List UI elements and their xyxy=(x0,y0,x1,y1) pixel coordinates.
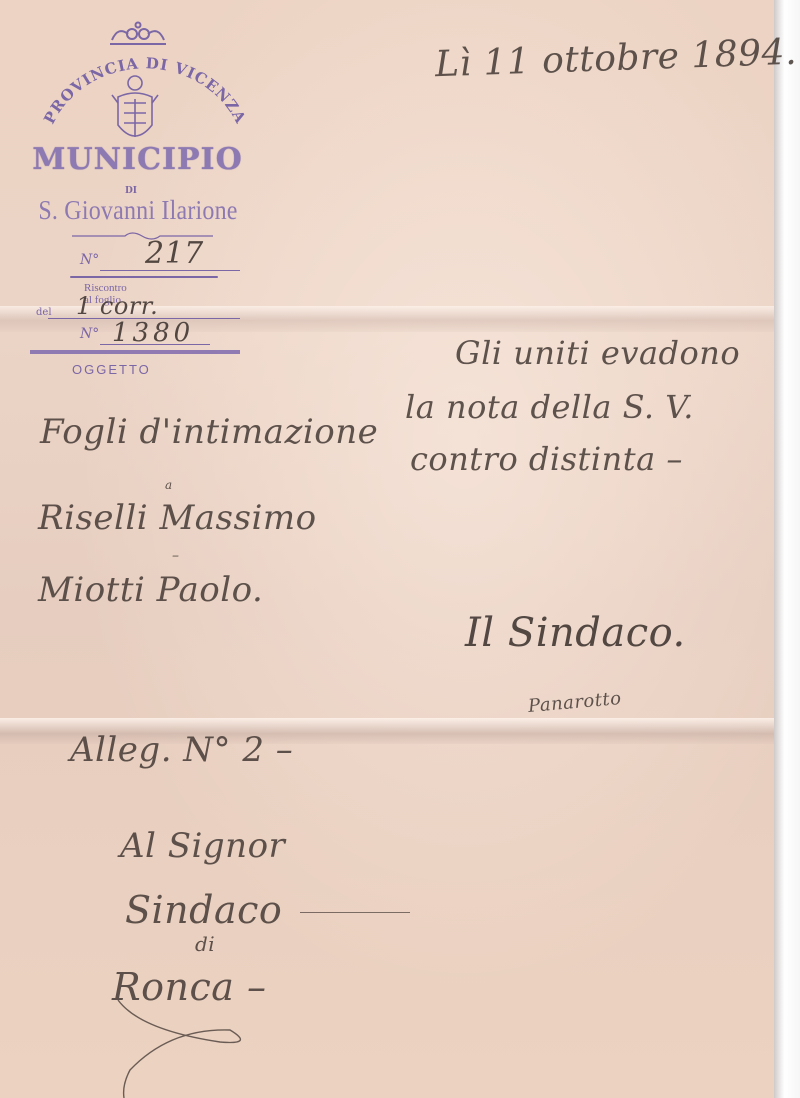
letterhead-title: MUNICIPIO xyxy=(30,142,245,177)
addressee-flourish-line xyxy=(300,912,410,913)
ref-number-value: 1380 xyxy=(112,318,194,348)
subject-line-5: Miotti Paolo. xyxy=(38,570,263,610)
stamp-thick-rule xyxy=(30,350,240,354)
protocol-number-value: 217 xyxy=(145,236,204,271)
subject-line-3: Riselli Massimo xyxy=(38,498,317,538)
attachments-note: Alleg. N° 2 – xyxy=(70,730,293,770)
subject-line-2: a xyxy=(165,478,173,492)
subject-line-4: – xyxy=(172,548,180,564)
body-line-1: Gli uniti evadono xyxy=(455,334,740,372)
closing-flourish-icon xyxy=(110,1000,310,1098)
addressee-line-1: Al Signor xyxy=(120,826,285,866)
coat-of-arms-icon xyxy=(110,73,160,148)
protocol-number-label: N° xyxy=(80,252,99,268)
letterhead-comune: S. Giovanni Ilarione xyxy=(28,196,248,227)
subject-line-1: Fogli d'intimazione xyxy=(40,412,378,452)
scan-background-edge xyxy=(774,0,800,1098)
del-label: del xyxy=(36,307,52,318)
number-underline xyxy=(70,276,218,278)
ref-number-label: N° xyxy=(80,326,99,342)
body-line-2: la nota della S. V. xyxy=(405,388,694,426)
addressee-line-2: Sindaco xyxy=(125,888,282,932)
oggetto-label: OGGETTO xyxy=(72,362,151,377)
del-value: 1 corr. xyxy=(76,292,158,320)
body-line-3: contro distinta – xyxy=(410,440,683,478)
addressee-line-3: di xyxy=(195,932,215,956)
signature-title: Il Sindaco. xyxy=(465,610,686,656)
letterhead-di: DI xyxy=(125,186,137,196)
